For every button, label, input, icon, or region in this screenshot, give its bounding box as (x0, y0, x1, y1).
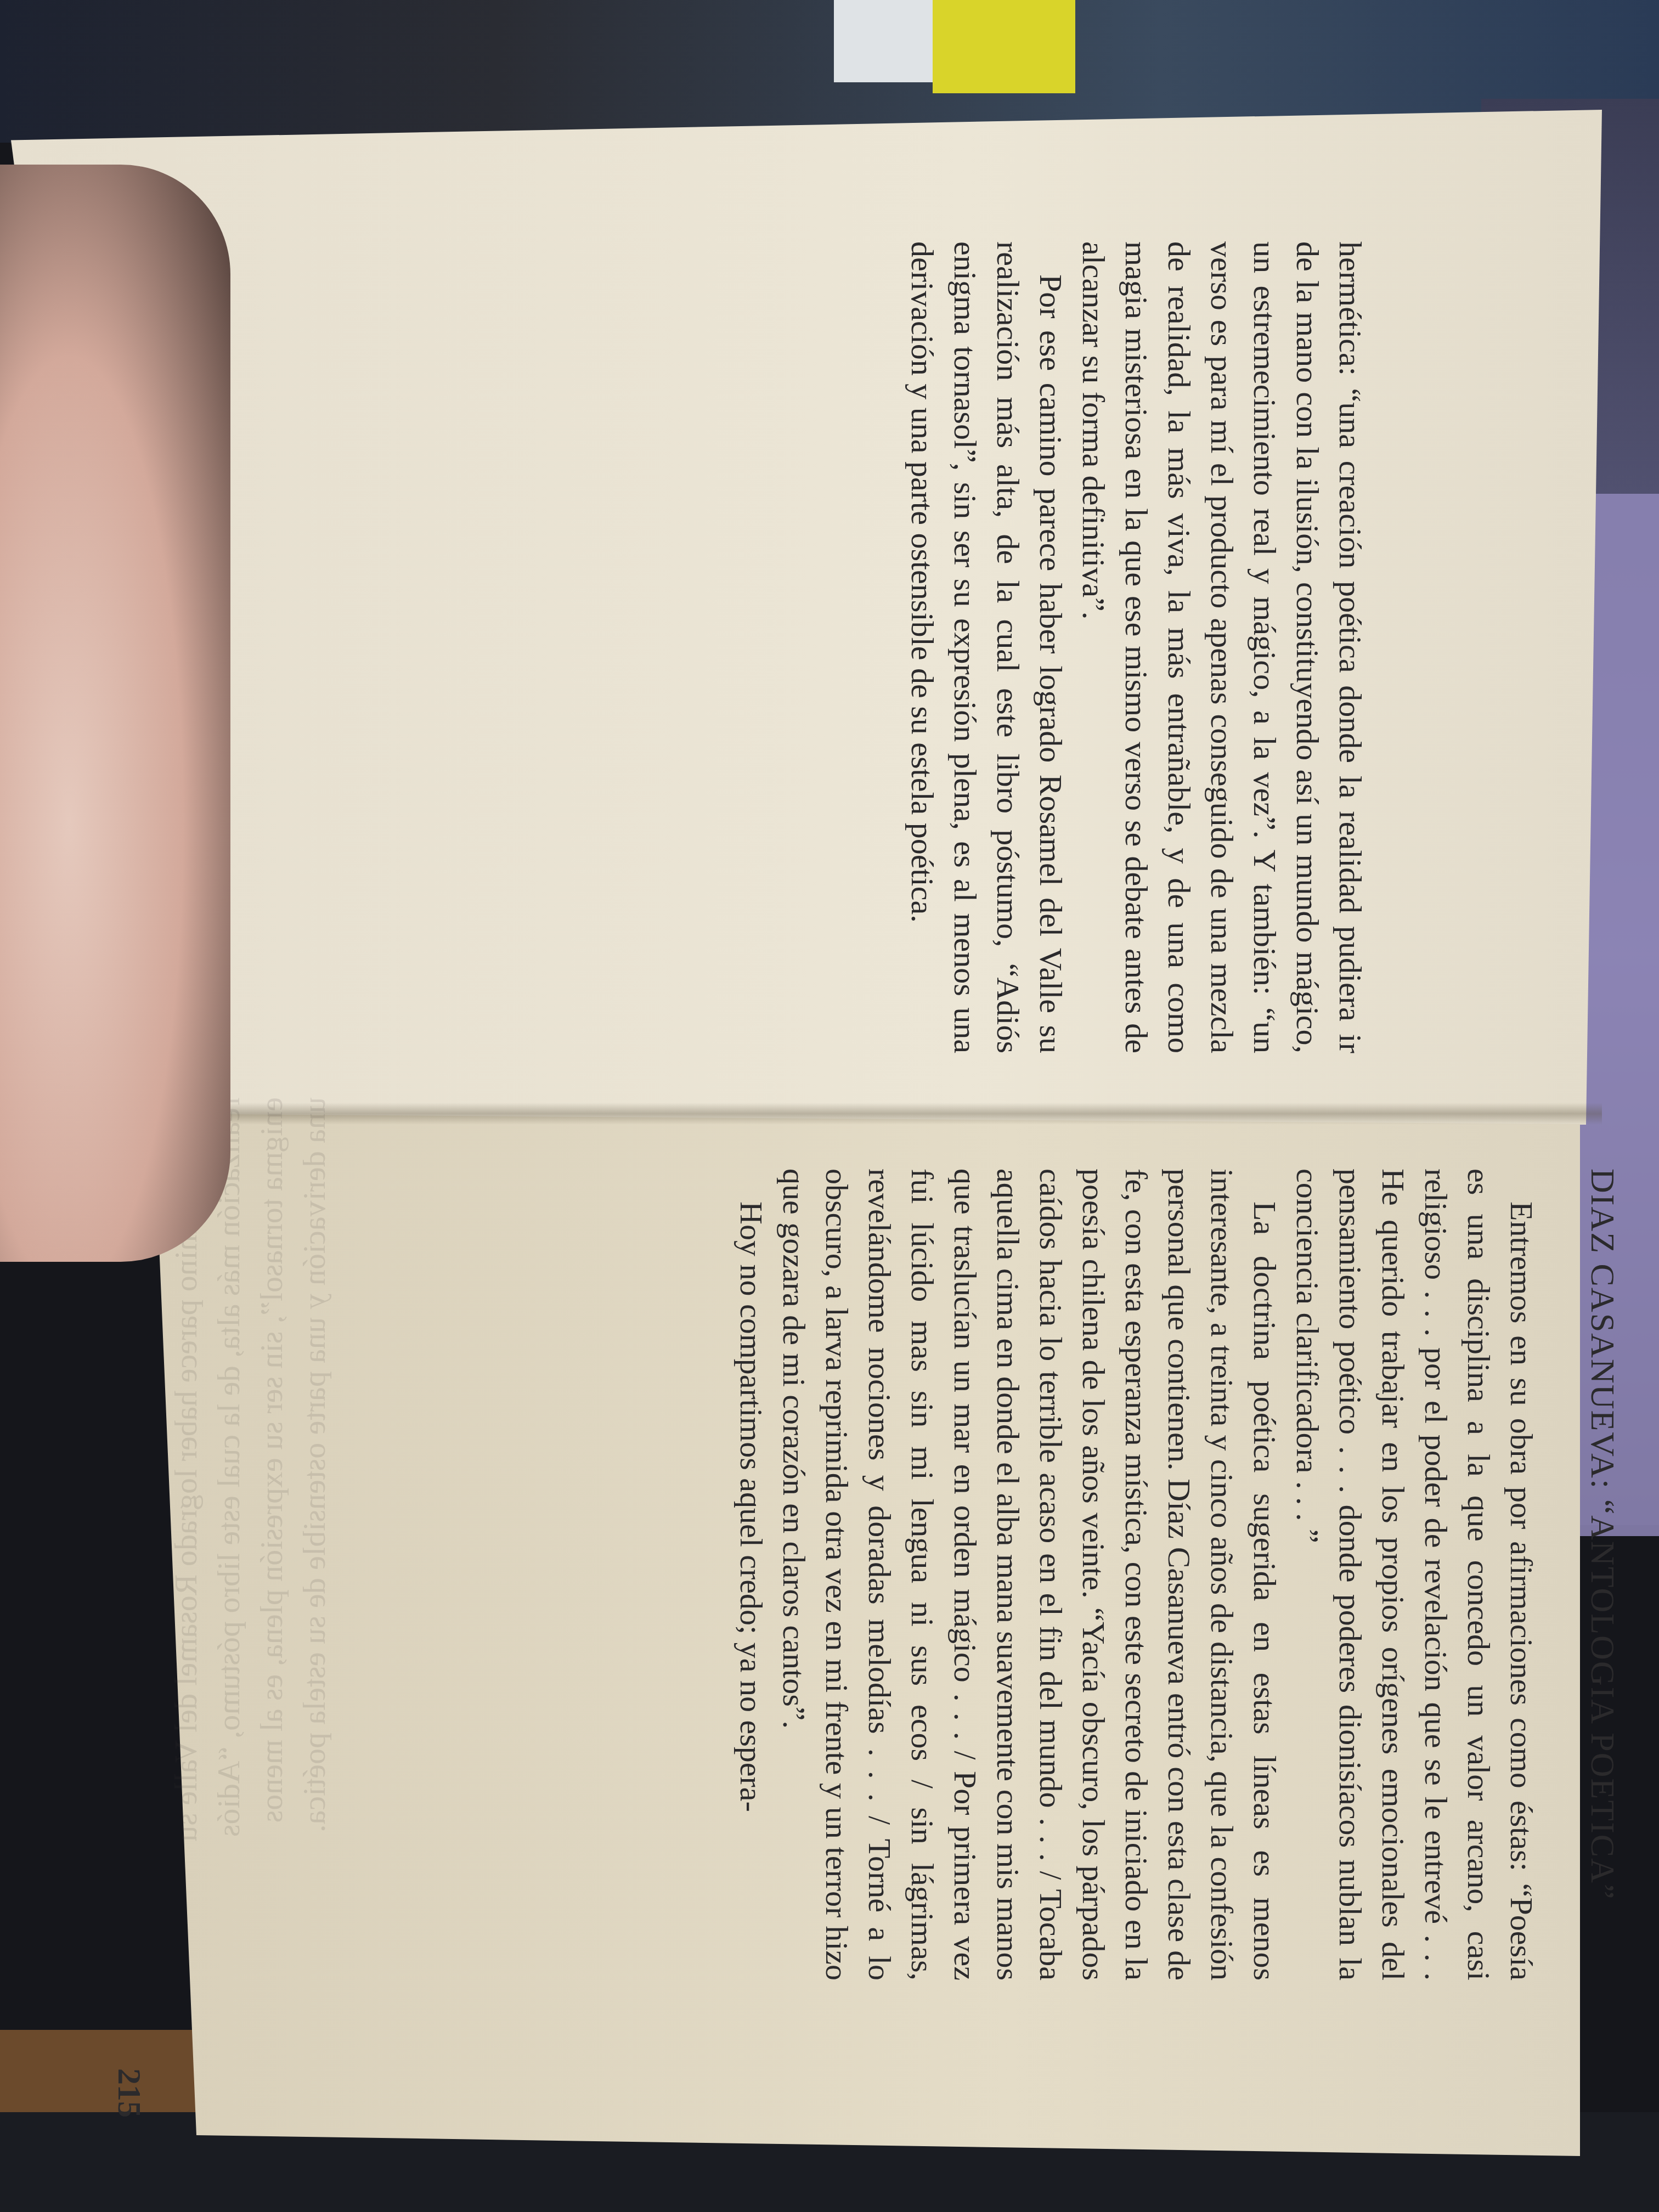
open-book: Por ese camino parece haber logrado Rosa… (0, 0, 1659, 2212)
paragraph: Hoy no compartimos aquel credo; ya no es… (730, 1169, 772, 1980)
paragraph: Entremos en su obra por afirmaciones com… (1286, 1169, 1543, 1980)
page-number-right: 215 (110, 2068, 148, 2118)
book-gutter (121, 1103, 1602, 1125)
paragraph: Por ese camino parece haber logrado Rosa… (901, 241, 1072, 1053)
right-page-text: DIAZ CASANUEVA: “ANTOLOGIA POETICA” Entr… (730, 1169, 1624, 1980)
hand (0, 165, 230, 1262)
paragraph: La doctrina poética sugerida en estas lí… (772, 1169, 1286, 1980)
section-heading: DIAZ CASANUEVA: “ANTOLOGIA POETICA” (1581, 1169, 1624, 1980)
left-page-text: hermética: “una creación poética donde l… (901, 241, 1372, 1053)
paragraph: hermética: “una creación poética donde l… (1072, 241, 1372, 1053)
